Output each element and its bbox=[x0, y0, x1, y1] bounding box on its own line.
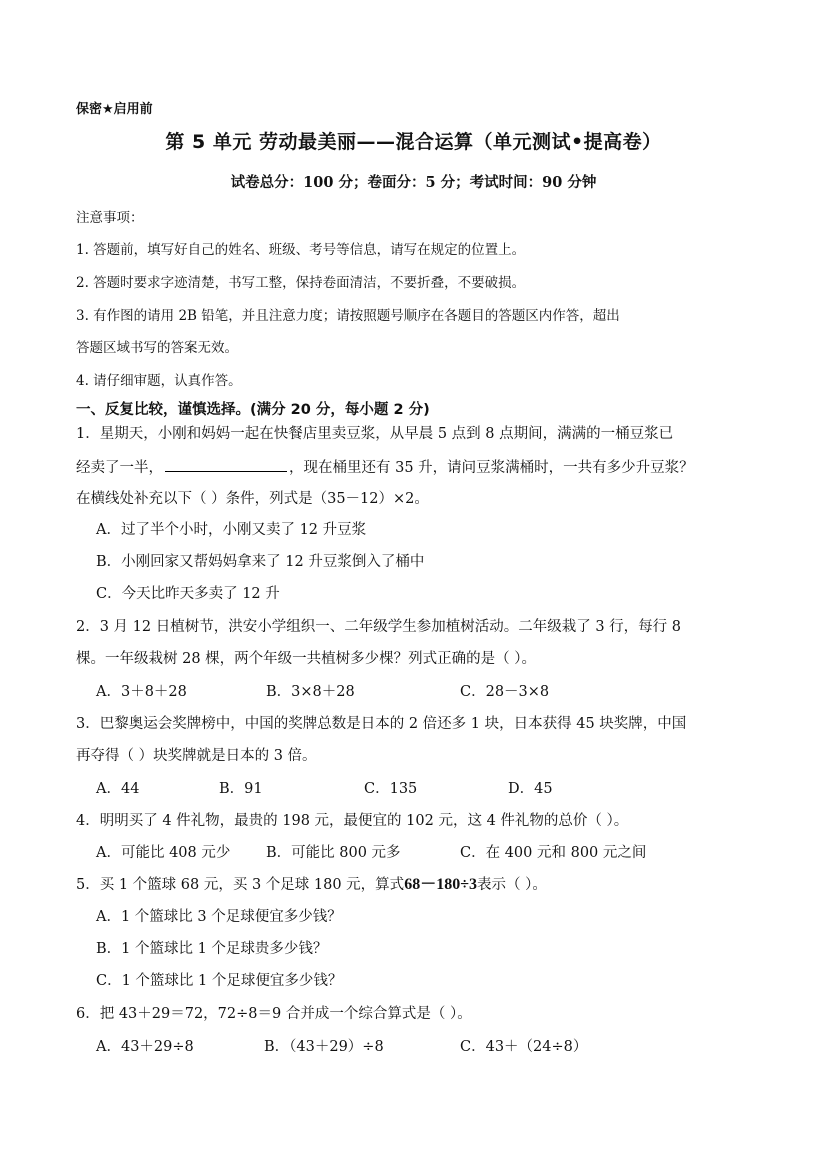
option-b[interactable]: B．可能比 800 元多 bbox=[266, 843, 401, 863]
answer-blank[interactable] bbox=[165, 457, 287, 472]
option-d[interactable]: D．45 bbox=[508, 779, 553, 799]
question-1-text: 经卖了一半， bbox=[76, 460, 163, 476]
notice-item: 2. 答题时要求字迹清楚，书写工整，保持卷面清洁，不要折叠，不要破损。 bbox=[76, 273, 525, 293]
question-1-text: ，现在桶里还有 35 升，请问豆浆满桶时，一共有多少升豆浆？ bbox=[289, 460, 694, 476]
confidential-label: 保密★启用前 bbox=[76, 100, 153, 120]
question-2-line: 棵。一年级栽树 28 棵，两个年级一共植树多少棵？列式正确的是（ ）。 bbox=[76, 649, 536, 669]
option-c[interactable]: C．今天比昨天多卖了 12 升 bbox=[96, 584, 280, 604]
option-c[interactable]: C．28－3×8 bbox=[460, 682, 549, 702]
option-a[interactable]: A．1 个篮球比 3 个足球便宜多少钱？ bbox=[96, 907, 342, 927]
option-c[interactable]: C．135 bbox=[364, 779, 417, 799]
question-4-line: 4．明明买了 4 件礼物，最贵的 198 元，最便宜的 102 元，这 4 件礼… bbox=[76, 811, 628, 831]
option-b[interactable]: B．（43＋29）÷8 bbox=[264, 1037, 384, 1057]
option-a[interactable]: A．可能比 408 元少 bbox=[96, 843, 230, 863]
notice-item: 3. 有作图的请用 2B 铅笔，并且注意力度；请按照题号顺序在各题目的答题区内作… bbox=[76, 306, 620, 326]
option-b[interactable]: B．1 个篮球比 1 个足球贵多少钱？ bbox=[96, 939, 327, 959]
formula: 68－180÷3 bbox=[404, 876, 477, 893]
option-a[interactable]: A．3＋8＋28 bbox=[96, 682, 187, 702]
option-c[interactable]: C．在 400 元和 800 元之间 bbox=[460, 843, 646, 863]
option-c[interactable]: C．43＋（24÷8） bbox=[460, 1037, 587, 1057]
question-3-line: 再夺得（ ）块奖牌就是日本的 3 倍。 bbox=[76, 746, 317, 766]
question-2-line: 2．3 月 12 日植树节，洪安小学组织一、二年级学生参加植树活动。二年级栽了 … bbox=[76, 617, 681, 637]
exam-info: 试卷总分：100 分；卷面分：5 分；考试时间：90 分钟 bbox=[0, 173, 827, 193]
question-5-text: 表示（ ）。 bbox=[477, 877, 547, 893]
question-1-line: 经卖了一半，，现在桶里还有 35 升，请问豆浆满桶时，一共有多少升豆浆？ bbox=[76, 457, 694, 478]
section-heading: 一、反复比较，谨慎选择。(满分 20 分，每小题 2 分) bbox=[76, 400, 430, 420]
exam-page: 保密★启用前 第 5 单元 劳动最美丽——混合运算（单元测试•提高卷） 试卷总分… bbox=[0, 0, 827, 1169]
question-6-line: 6．把 43＋29＝72，72÷8＝9 合并成一个综合算式是（ ）。 bbox=[76, 1004, 472, 1024]
question-5-line: 5．买 1 个篮球 68 元，买 3 个足球 180 元，算式68－180÷3表… bbox=[76, 875, 547, 895]
notice-heading: 注意事项： bbox=[76, 208, 144, 228]
notice-item: 4. 请仔细审题，认真作答。 bbox=[76, 371, 242, 391]
option-a[interactable]: A．43＋29÷8 bbox=[96, 1037, 194, 1057]
question-1-line: 1．星期天，小刚和妈妈一起在快餐店里卖豆浆，从早晨 5 点到 8 点期间，满满的… bbox=[76, 424, 673, 444]
option-b[interactable]: B．91 bbox=[219, 779, 263, 799]
option-a[interactable]: A．过了半个小时，小刚又卖了 12 升豆浆 bbox=[96, 520, 366, 540]
option-a[interactable]: A．44 bbox=[96, 779, 139, 799]
option-b[interactable]: B．小刚回家又帮妈妈拿来了 12 升豆浆倒入了桶中 bbox=[96, 552, 424, 572]
question-3-line: 3．巴黎奥运会奖牌榜中，中国的奖牌总数是日本的 2 倍还多 1 块，日本获得 4… bbox=[76, 714, 686, 734]
notice-item: 1. 答题前，填写好自己的姓名、班级、考号等信息，请写在规定的位置上。 bbox=[76, 240, 525, 260]
question-1-line: 在横线处补充以下（ ）条件，列式是（35－12）×2。 bbox=[76, 489, 429, 509]
option-c[interactable]: C．1 个篮球比 1 个足球便宜多少钱？ bbox=[96, 971, 342, 991]
notice-item: 答题区域书写的答案无效。 bbox=[76, 338, 238, 358]
page-title: 第 5 单元 劳动最美丽——混合运算（单元测试•提高卷） bbox=[0, 132, 827, 152]
option-b[interactable]: B．3×8＋28 bbox=[266, 682, 355, 702]
question-5-text: 5．买 1 个篮球 68 元，买 3 个足球 180 元，算式 bbox=[76, 877, 404, 893]
